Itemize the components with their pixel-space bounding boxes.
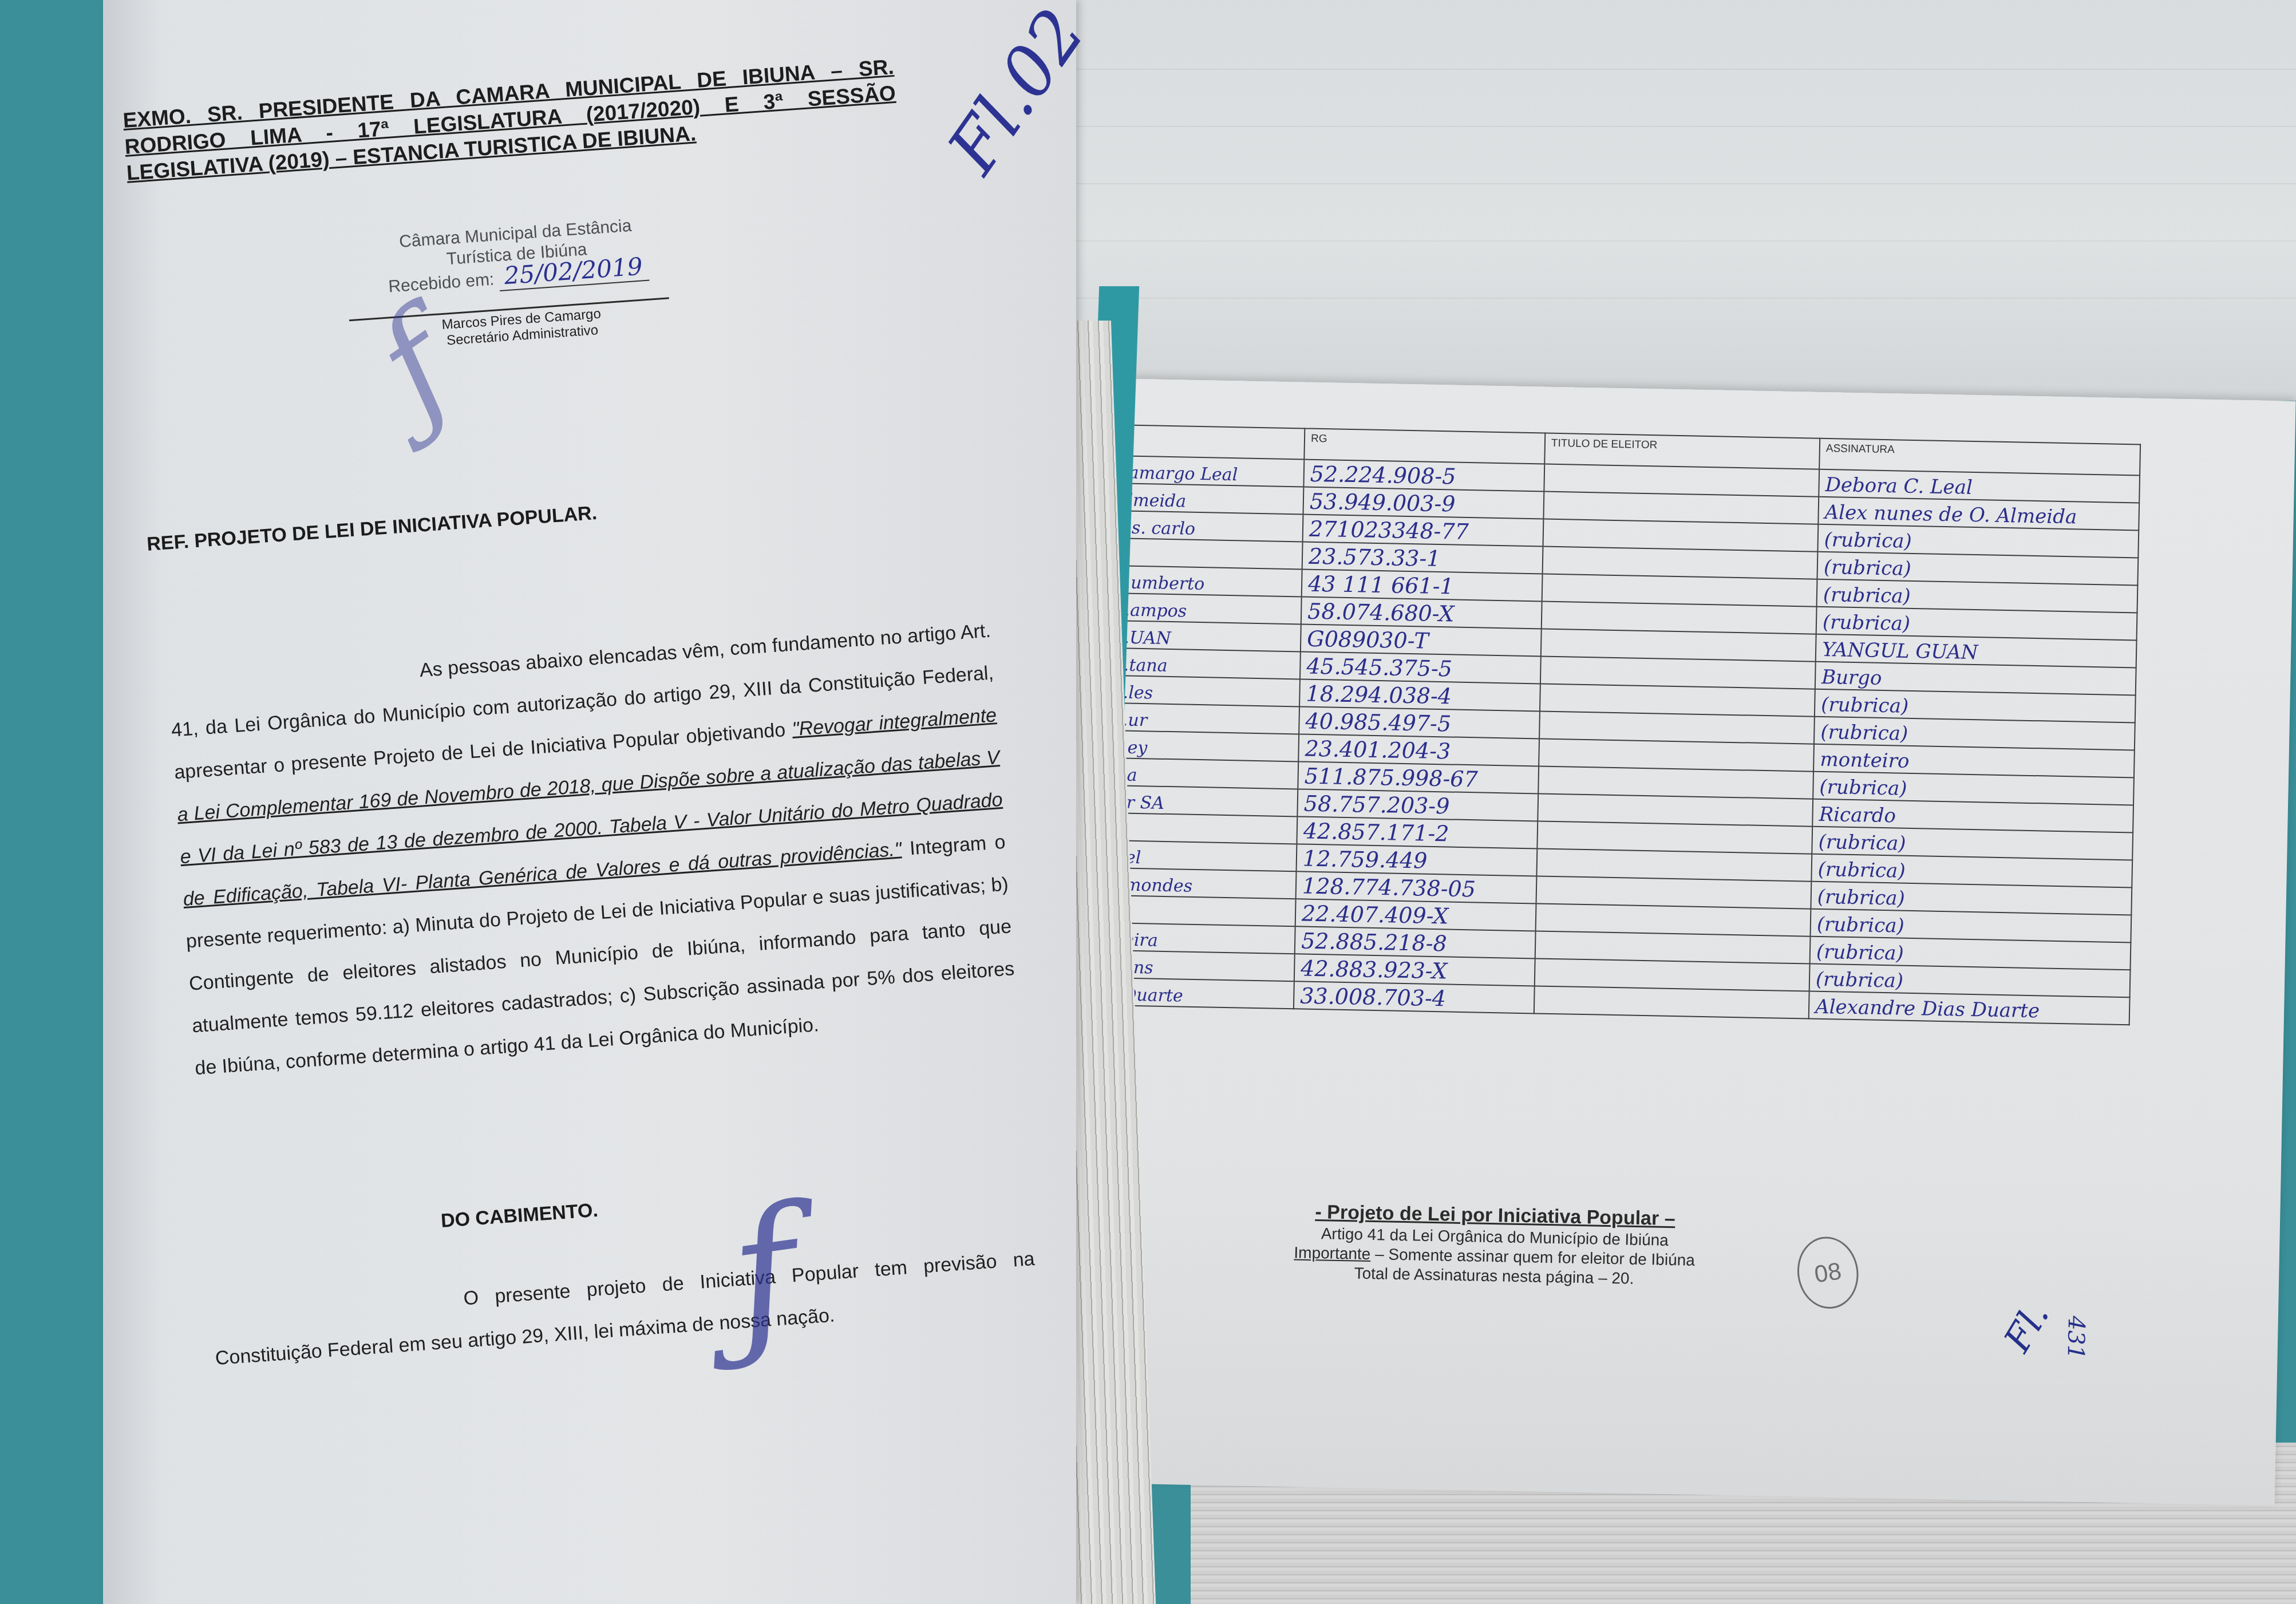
signer-rg: 42.857.171-2 (1297, 816, 1538, 848)
signer-rg: 128.774.738-05 (1296, 871, 1537, 903)
folio-initials: Fl. (1996, 1295, 2057, 1359)
signer-rg: 52.885.218-8 (1295, 926, 1536, 958)
signer-name: …UAN (1106, 621, 1301, 652)
folio-number: 431 (2062, 1315, 2089, 1360)
signer-rg: 52.224.908-5 (1303, 459, 1544, 491)
signer-signature: Alexandre Dias Duarte (1809, 991, 2130, 1025)
signer-rg: 42.883.923-X (1294, 954, 1535, 986)
sheet-footer: - Projeto de Lei por Iniciativa Popular … (1236, 1199, 1753, 1290)
column-header-titulo: TITULO DE ELEITOR (1544, 433, 1820, 469)
document-photo: RG TITULO DE ELEITOR ASSINATURA Camargo … (0, 0, 2296, 1604)
background-sheet (1076, 0, 2296, 401)
signer-rg: 511.875.998-67 (1298, 761, 1539, 793)
signer-rg: 22.407.409-X (1295, 899, 1536, 931)
signer-name: …s. carlo (1108, 511, 1303, 542)
signer-rg: 12.759.449 (1297, 844, 1538, 876)
signer-name: … (1108, 538, 1303, 570)
signature-table-body: Camargo Leal52.224.908-5Debora C. LealAl… (1099, 456, 2140, 1025)
signer-titulo (1534, 986, 1809, 1018)
column-header-rg: RG (1304, 428, 1545, 464)
section-title: DO CABIMENTO. (440, 1199, 599, 1232)
signature-sheet: RG TITULO DE ELEITOR ASSINATURA Camargo … (1061, 378, 2296, 1506)
signer-name: …les (1105, 675, 1300, 707)
signer-rg: 33.008.703-4 (1294, 981, 1535, 1013)
footer-important-label: Importante (1294, 1243, 1370, 1263)
column-header-name (1109, 425, 1305, 460)
signer-rg: 58.757.203-9 (1297, 789, 1538, 821)
signer-rg: 43 111 661-1 (1302, 569, 1543, 601)
signer-name: …ur (1104, 703, 1299, 734)
signer-name: …umberto (1107, 566, 1302, 597)
signer-rg: 45.545.375-5 (1300, 651, 1541, 684)
signer-rg: 40.985.497-5 (1299, 706, 1540, 738)
signature-table: RG TITULO DE ELEITOR ASSINATURA Camargo … (1098, 424, 2141, 1025)
signer-rg: 23.573.33-1 (1302, 542, 1543, 574)
stamp-received-label: Recebido em: (388, 270, 495, 297)
reference-line: REF. PROJETO DE LEI DE INICIATIVA POPULA… (146, 502, 598, 556)
signer-rg: 18.294.038-4 (1299, 679, 1540, 711)
signer-name: Camargo Leal (1109, 456, 1304, 487)
signer-rg: 58.074.680-X (1301, 596, 1542, 629)
petition-paragraph-1: As pessoas abaixo elencadas vêm, com fun… (167, 610, 1019, 1090)
signer-rg: 53.949.003-9 (1303, 487, 1544, 519)
signer-name: …ey (1104, 730, 1299, 762)
signer-rg: 271023348-77 (1303, 514, 1544, 546)
petition-paragraph-2: O presente projeto de Iniciativa Popular… (211, 1238, 1039, 1380)
petition-page: EXMO. SR. PRESIDENTE DA CAMARA MUNICIPAL… (103, 0, 1076, 1604)
addressee-header: EXMO. SR. PRESIDENTE DA CAMARA MUNICIPAL… (122, 54, 898, 187)
signer-name: …ampos (1106, 593, 1302, 625)
signer-rg: G089030-T (1301, 624, 1542, 656)
signer-name: …tana (1105, 648, 1301, 679)
signer-rg: 23.401.204-3 (1298, 734, 1539, 766)
page-number-stamp: 08 (1792, 1232, 1863, 1313)
folio-mark: Fl. 431 (2001, 1300, 2100, 1399)
paragraph-2-text: O presente projeto de Iniciativa Popular… (215, 1248, 1036, 1369)
signer-name: Almeida (1109, 483, 1304, 515)
